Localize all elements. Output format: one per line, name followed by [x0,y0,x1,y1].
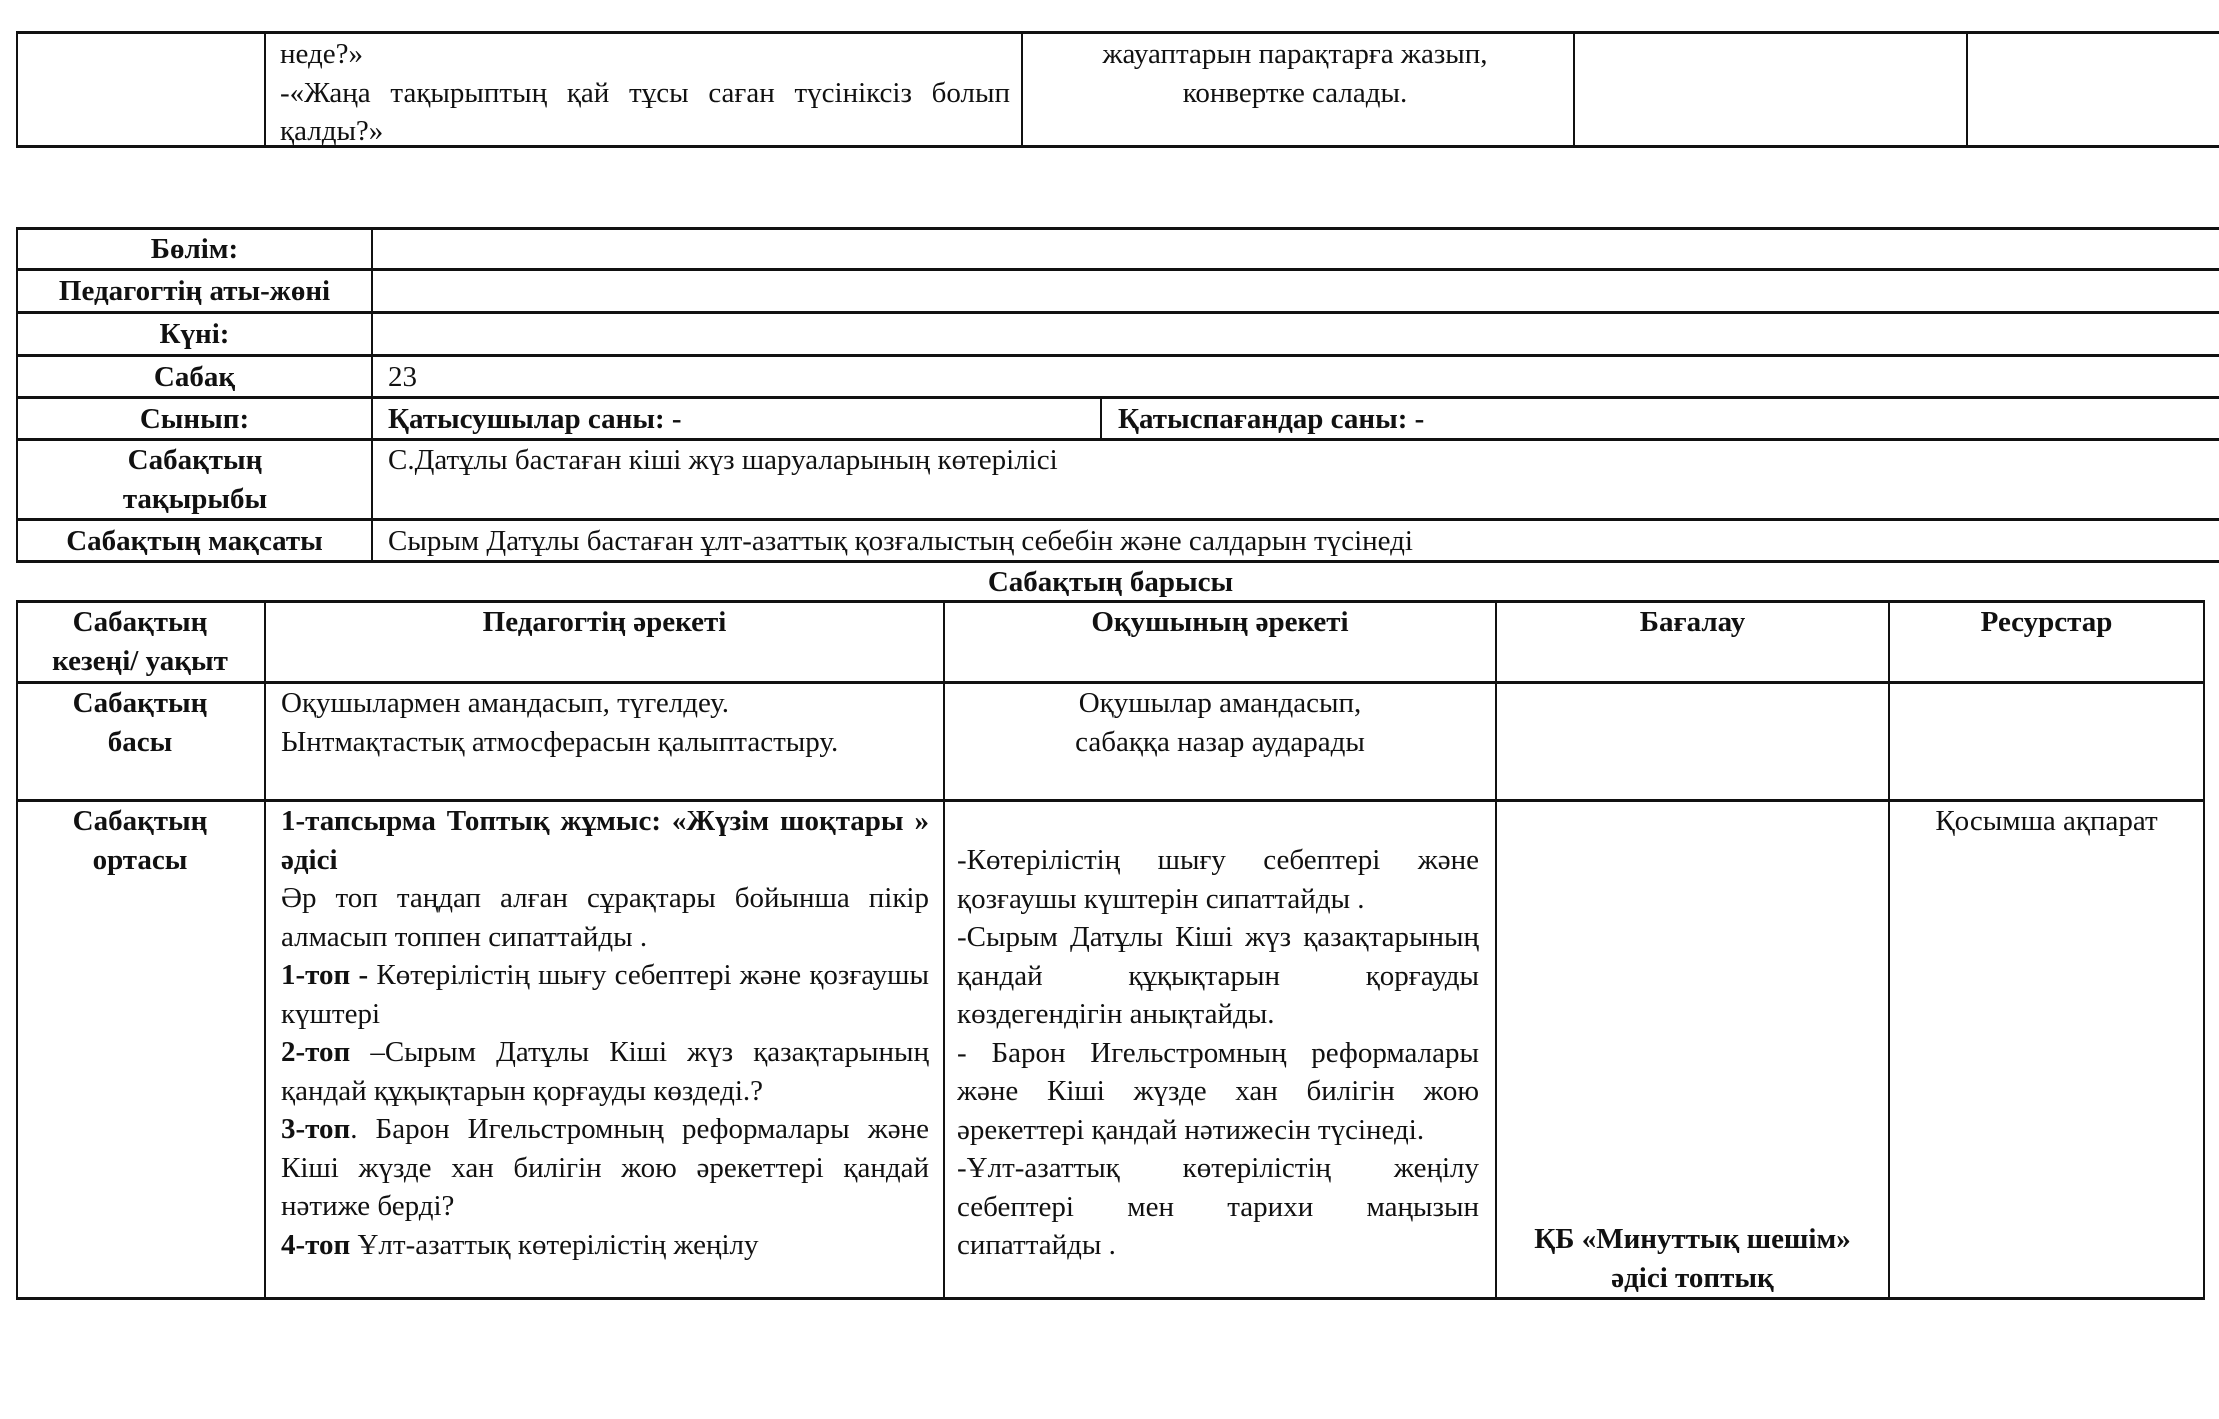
header-assessment: Бағалау [1497,603,1888,642]
lesson-number: 23 [388,357,417,397]
group-text: Көтерілістің шығу себептері және қозғауш… [281,959,929,1030]
header-stage: Сабақтың кезеңі/ уақыт [40,603,240,680]
stage-middle: Сабақтың ортасы [60,802,220,879]
absent-count: Қатыспағандар саны: - [1118,399,1424,439]
continued-teacher-line: неде?» [280,35,1010,74]
group-label: 4-топ [281,1229,350,1261]
group-item: 3-топ. Барон Игельстромның реформалары ж… [281,1110,929,1226]
student-outcome: -Көтерілістің шығу себептері және қозғау… [957,841,1479,918]
beginning-teacher-line: Ынтмақтастық атмосферасын қалыптастыру. [281,723,931,762]
continued-teacher-cell: неде?» -«Жаңа тақырыптың қай тұсы саған … [280,35,1010,151]
goal-value: Сырым Датұлы бастаған ұлт-азаттық қозғал… [388,521,1413,561]
stage-beginning: Сабақтың басы [60,684,220,761]
middle-student-action: -Көтерілістің шығу себептері және қозғау… [957,841,1479,1296]
group-text: –Сырым Датұлы Кіші жүз қазақтарының қанд… [281,1036,929,1107]
header-resources: Ресурстар [1890,603,2203,642]
continued-teacher-line: -«Жаңа тақырыптың қай тұсы саған түсінік… [280,74,1010,151]
group-text: . Барон Игельстромның реформалары және К… [281,1113,929,1222]
group-label: 1-топ - [281,959,368,991]
task-intro: Әр топ таңдап алған сұрақтары бойынша пі… [281,879,929,956]
group-label: 3-топ [281,1113,350,1145]
beginning-teacher-line: Оқушылармен амандасып, түгелдеу. [281,684,931,723]
middle-resources: Қосымша ақпарат [1890,802,2203,841]
beginning-student-line: сабаққа назар аударады [945,723,1495,762]
teacher-name-label: Педагогтің аты-жөні [18,271,371,311]
goal-label: Сабақтың мақсаты [18,521,371,561]
task-title: 1-тапсырма Топтық жұмыс: «Жүзім шоқтары … [281,802,929,879]
student-outcome: -Ұлт-азаттық көтерілістің жеңілу себепте… [957,1149,1479,1265]
lesson-label: Сабақ [18,357,371,397]
topic-label: Сабақтың тақырыбы [70,441,320,518]
beginning-student-action: Оқушылар амандасып, сабаққа назар аудара… [945,684,1495,761]
group-label: 2-топ [281,1036,350,1068]
progress-title: Сабақтың барысы [17,563,2204,601]
student-outcome: -Сырым Датұлы Кіші жүз қазақтарының қанд… [957,918,1479,1034]
present-count: Қатысушылар саны: - [388,399,682,439]
middle-assessment: ҚБ «Минуттық шешім» әдісі топтық [1510,1220,1875,1297]
beginning-student-line: Оқушылар амандасып, [945,684,1495,723]
date-label: Күні: [18,314,371,354]
group-item: 1-топ - Көтерілістің шығу себептері және… [281,956,929,1033]
continued-student-text: жауаптарын парақтарға жазып, конвертке с… [1060,35,1530,112]
group-item: 4-топ Ұлт-азаттық көтерілістің жеңілу [281,1226,929,1265]
section-label: Бөлім: [18,230,371,268]
middle-teacher-action: 1-тапсырма Топтық жұмыс: «Жүзім шоқтары … [281,802,929,1296]
class-label: Сынып: [18,399,371,439]
group-item: 2-топ –Сырым Датұлы Кіші жүз қазақтарыны… [281,1033,929,1110]
header-student-action: Оқушының әрекеті [945,603,1495,642]
topic-value: С.Датұлы бастаған кіші жүз шаруаларының … [388,441,1058,480]
student-outcome: - Барон Игельстромның реформалары және К… [957,1034,1479,1150]
beginning-teacher-action: Оқушылармен амандасып, түгелдеу. Ынтмақт… [281,684,931,761]
continued-student-cell: жауаптарын парақтарға жазып, конвертке с… [1060,35,1530,112]
header-teacher-action: Педагогтің әрекеті [266,603,943,642]
group-text: Ұлт-азаттық көтерілістің жеңілу [350,1229,758,1261]
